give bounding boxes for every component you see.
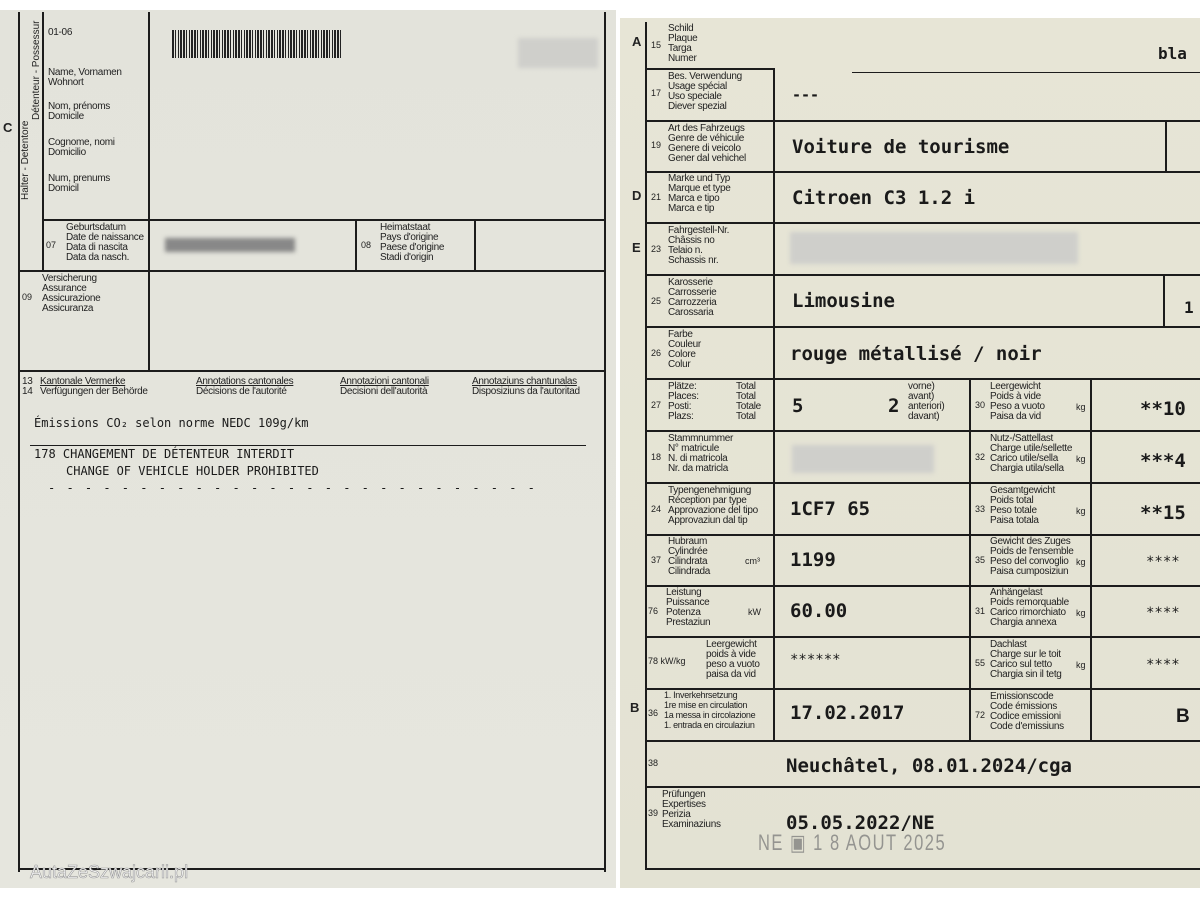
row-line	[645, 222, 1200, 224]
holder-name-labels-fr: Nom, prénoms Domicile	[48, 102, 110, 122]
emission-code-value: B	[1176, 706, 1190, 728]
frame-line	[474, 219, 476, 271]
annotation-col-rm: Annotaziuns chantunalas Disposiziuns da …	[472, 377, 580, 397]
row-line	[645, 786, 1200, 788]
body-labels: Karosserie Carrosserie Carrozzeria Caros…	[668, 278, 716, 318]
separator-line	[30, 445, 586, 446]
matricule-redacted	[792, 445, 934, 473]
frame-line	[604, 12, 606, 872]
holder-name-labels: Name, Vornamen Wohnort	[48, 68, 122, 88]
row-line	[645, 378, 1200, 380]
field-number-31: 31	[975, 606, 985, 616]
field-number-19: 19	[651, 140, 661, 150]
train-weight-unit: kg	[1076, 557, 1086, 567]
field-number-21: 21	[651, 192, 661, 202]
watermark: AutaZeSzwajcarii.pl	[30, 862, 188, 883]
birthdate-redacted	[165, 238, 295, 252]
field-number-25: 25	[651, 296, 661, 306]
code-178-line1: 178 CHANGEMENT DE DÉTENTEUR INTERDIT	[34, 447, 294, 461]
section-letter-b: B	[630, 700, 639, 715]
field-number-09: 09	[22, 292, 32, 302]
row-line	[645, 585, 1200, 587]
row-line	[645, 636, 1200, 638]
inspection-labels: Prüfungen Expertises Perizia Examinaziun…	[662, 790, 721, 830]
holder-vertical-label: Halter - Detentore	[20, 121, 31, 201]
total-weight-labels: Gesamtgewicht Poids total Peso totale Pa…	[990, 486, 1055, 526]
frame-line	[852, 72, 1200, 73]
inspection-stamp: NE ▣ 1 8 AOUT 2025	[758, 830, 946, 856]
frame-line	[645, 68, 775, 70]
row-line	[645, 740, 1200, 742]
frame-line	[773, 68, 775, 740]
seats-front-labels: vorne) avant) anteriori) davant)	[908, 382, 944, 422]
row-line	[645, 326, 1200, 328]
row-line	[645, 430, 1200, 432]
total-weight-unit: kg	[1076, 506, 1086, 516]
body-side-value: 1	[1184, 298, 1194, 317]
trailer-load-unit: kg	[1076, 608, 1086, 618]
holder-name-labels-it: Cognome, nomi Domicilio	[48, 138, 115, 158]
type-approval-value: 1CF7 65	[790, 498, 870, 520]
first-registration-labels: 1. Inverkehrsetzung 1re mise en circulat…	[664, 690, 755, 730]
row-line	[645, 482, 1200, 484]
emissions-note: Émissions CO₂ selon norme NEDC 109g/km	[34, 416, 309, 430]
holder-vertical-label-2: Détenteur - Possessur	[31, 21, 42, 121]
field-number-33: 33	[975, 504, 985, 514]
row-line	[645, 120, 1200, 122]
field-number-55: 55	[975, 658, 985, 668]
empty-weight-value: **10	[1140, 398, 1186, 420]
roof-load-unit: kg	[1076, 660, 1086, 670]
field-number-23: 23	[651, 244, 661, 254]
section-letter-d: D	[632, 188, 641, 203]
special-use-labels: Bes. Verwendung Usage spécial Uso specia…	[668, 72, 742, 112]
frame-line	[1165, 122, 1167, 172]
field-number-78: 78 kW/kg	[648, 656, 686, 666]
power-weight-value: ******	[790, 652, 841, 668]
frame-line	[18, 370, 606, 372]
annotation-col-de: Kantonale Vermerke Verfügungen der Behör…	[40, 377, 148, 397]
field-number-32: 32	[975, 452, 985, 462]
barcode	[172, 30, 342, 58]
field-number-18: 18	[651, 452, 661, 462]
field-number-35: 35	[975, 555, 985, 565]
dash-line: - - - - - - - - - - - - - - - - - - - - …	[48, 481, 537, 495]
chassis-redacted	[790, 232, 1078, 264]
total-weight-value: **15	[1140, 502, 1186, 524]
type-approval-labels: Typengenehmigung Réception par type Appr…	[668, 486, 758, 526]
field-number-72: 72	[975, 710, 985, 720]
first-registration-value: 17.02.2017	[790, 702, 904, 724]
frame-line	[969, 378, 971, 740]
empty-weight-unit: kg	[1076, 402, 1086, 412]
annotation-numbers: 13 14	[22, 377, 33, 397]
origin-labels: Heimatstaat Pays d'origine Paese d'origi…	[380, 223, 444, 263]
frame-line	[645, 22, 647, 870]
vehicle-kind-value: Voiture de tourisme	[792, 136, 1009, 158]
payload-value: ***4	[1140, 450, 1186, 472]
payload-unit: kg	[1076, 454, 1086, 464]
field-number-36: 36	[648, 708, 658, 718]
field-number-30: 30	[975, 400, 985, 410]
row-line	[645, 274, 1200, 276]
train-weight-value: ****	[1146, 554, 1180, 570]
make-type-labels: Marke und Typ Marque et type Marca e tip…	[668, 174, 731, 214]
frame-line	[355, 219, 357, 271]
insurance-labels: Versicherung Assurance Assicurazione Ass…	[42, 274, 100, 314]
special-use-value: ---	[792, 86, 819, 104]
section-letter-a: A	[632, 34, 641, 49]
field-number-26: 26	[651, 348, 661, 358]
train-weight-labels: Gewicht des Zuges Poids de l'ensemble Pe…	[990, 537, 1074, 577]
frame-line	[42, 12, 44, 270]
power-labels: Leistung Puissance Potenza Prestaziun	[666, 588, 710, 628]
trailer-load-labels: Anhängelast Poids remorquable Carico rim…	[990, 588, 1069, 628]
holder-name-labels-rm: Num, prenums Domicil	[48, 174, 110, 194]
empty-weight-labels: Leergewicht Poids à vide Peso a vuoto Pa…	[990, 382, 1045, 422]
row-line	[645, 534, 1200, 536]
color-value: rouge métallisé / noir	[790, 343, 1042, 365]
field-number-01-06: 01-06	[48, 28, 72, 38]
color-labels: Farbe Couleur Colore Colur	[668, 330, 701, 370]
displacement-labels: Hubraum Cylindrée Cilindrata Cilindrada	[668, 537, 710, 577]
frame-line	[18, 270, 606, 272]
issue-place-date-value: Neuchâtel, 08.01.2024/cga	[786, 755, 1072, 777]
roof-load-labels: Dachlast Charge sur le toit Carico sul t…	[990, 640, 1062, 680]
annotation-col-it: Annotazioni cantonali Decisioni dell'aut…	[340, 377, 429, 397]
matricule-labels: Stammnummer N° matricule N. di matricola…	[668, 434, 733, 474]
chassis-labels: Fahrgestell-Nr. Châssis no Telaio n. Sch…	[668, 226, 729, 266]
plate-value: bla	[1158, 44, 1187, 63]
displacement-value: 1199	[790, 549, 836, 571]
section-letter-e: E	[632, 240, 641, 255]
field-number-07: 07	[46, 240, 56, 250]
field-number-27: 27	[651, 400, 661, 410]
trailer-load-value: ****	[1146, 605, 1180, 621]
vehicle-kind-labels: Art des Fahrzeugs Genre de véhicule Gene…	[668, 124, 746, 164]
field-number-24: 24	[651, 504, 661, 514]
field-number-38: 38	[648, 758, 658, 768]
frame-line	[42, 219, 606, 221]
birthdate-labels: Geburtsdatum Date de naissance Data di n…	[66, 223, 144, 263]
seats-total-value: 5	[792, 395, 803, 417]
displacement-unit: cm³	[745, 556, 760, 566]
power-unit: kW	[748, 607, 761, 617]
field-number-15: 15	[651, 40, 661, 50]
plate-labels: Schild Plaque Targa Numer	[668, 24, 697, 64]
power-value: 60.00	[790, 600, 847, 622]
redacted-area	[518, 38, 598, 68]
annotation-col-fr: Annotations cantonales Décisions de l'au…	[196, 377, 293, 397]
seats-total-labels: Total Total Totale Total	[736, 382, 761, 422]
field-number-17: 17	[651, 88, 661, 98]
power-weight-labels: Leergewicht poids à vide peso a vuoto pa…	[706, 640, 760, 680]
field-number-39: 39	[648, 808, 658, 818]
frame-line	[1090, 378, 1092, 740]
make-type-value: Citroen C3 1.2 i	[792, 187, 975, 209]
frame-line	[1163, 275, 1165, 327]
body-value: Limousine	[792, 290, 895, 312]
emission-code-labels: Emissionscode Code émissions Codice emis…	[990, 692, 1064, 732]
code-178-line2: CHANGE OF VEHICLE HOLDER PROHIBITED	[66, 464, 319, 478]
frame-line	[148, 12, 150, 372]
seats-labels: Plätze: Places: Posti: Plazs:	[668, 382, 699, 422]
field-number-37: 37	[651, 555, 661, 565]
roof-load-value: ****	[1146, 657, 1180, 673]
payload-labels: Nutz-/Sattellast Charge utile/sellette C…	[990, 434, 1072, 474]
row-line	[645, 868, 1200, 870]
seats-front-value: 2	[888, 395, 899, 417]
section-letter-c: C	[3, 120, 12, 135]
field-number-08: 08	[361, 240, 371, 250]
field-number-76: 76	[648, 606, 658, 616]
